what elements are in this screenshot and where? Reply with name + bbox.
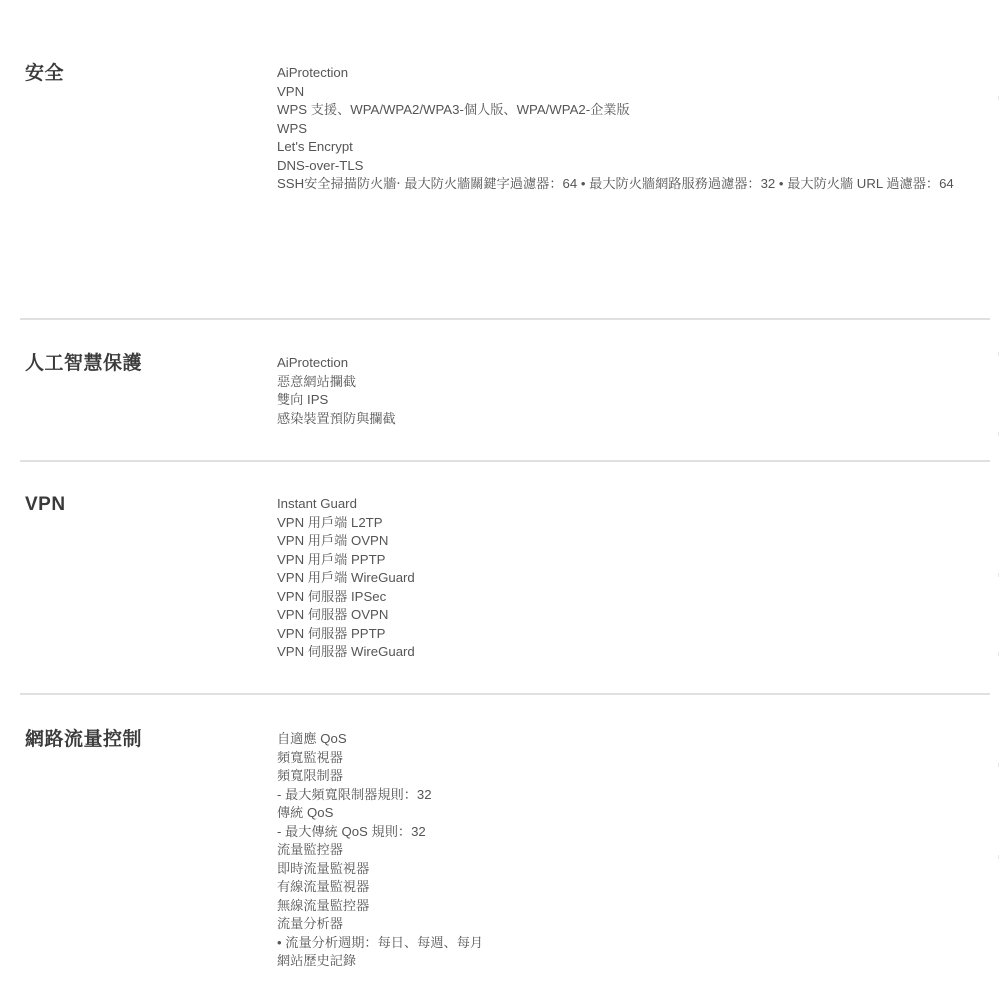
feature-item: WPS 支援、WPA/WPA2/WPA3-個人版、WPA/WPA2-企業版 — [277, 101, 992, 120]
feature-item: 流量監控器 — [277, 841, 992, 860]
feature-item: 自適應 QoS — [277, 730, 992, 749]
feature-item: 網站歷史記錄 — [277, 952, 992, 971]
section-title: 網路流量控制 — [25, 728, 142, 752]
feature-item: 傳統 QoS — [277, 804, 992, 823]
feature-item: 流量分析器 — [277, 915, 992, 934]
edge-mark — [998, 352, 999, 356]
feature-list: AiProtection 惡意網站攔截 雙向 IPS 感染裝置預防與攔截 — [277, 354, 992, 428]
feature-item: 感染裝置預防與攔截 — [277, 410, 992, 429]
feature-item: 頻寬限制器 — [277, 767, 992, 786]
feature-list: Instant Guard VPN 用戶端 L2TP VPN 用戶端 OVPN … — [277, 495, 992, 662]
feature-item: WPS — [277, 120, 992, 139]
edge-mark — [998, 96, 999, 100]
feature-item: • 流量分析週期：每日、每週、每月 — [277, 934, 992, 953]
feature-item: AiProtection — [277, 64, 992, 83]
section-title: 安全 — [25, 62, 64, 86]
feature-item: - 最大傳統 QoS 規則：32 — [277, 823, 992, 842]
section-divider — [20, 460, 990, 462]
feature-item: VPN 用戶端 OVPN — [277, 532, 992, 551]
feature-item: VPN 伺服器 PPTP — [277, 625, 992, 644]
section-title: VPN — [25, 493, 66, 517]
feature-item: 有線流量監視器 — [277, 878, 992, 897]
section-divider — [20, 693, 990, 695]
edge-mark — [998, 432, 999, 436]
feature-item: SSH安全掃描防火牆‧ 最大防火牆關鍵字過濾器：64 • 最大防火牆網路服務過濾… — [277, 175, 992, 194]
feature-item: Let's Encrypt — [277, 138, 992, 157]
feature-item: 惡意網站攔截 — [277, 373, 992, 392]
edge-mark — [998, 652, 999, 656]
feature-item: VPN 伺服器 IPSec — [277, 588, 992, 607]
edge-mark — [998, 763, 999, 767]
feature-item: 無線流量監控器 — [277, 897, 992, 916]
feature-item: VPN — [277, 83, 992, 102]
feature-item: VPN 用戶端 L2TP — [277, 514, 992, 533]
feature-item: 頻寬監視器 — [277, 749, 992, 768]
feature-item: VPN 伺服器 WireGuard — [277, 643, 992, 662]
feature-item: AiProtection — [277, 354, 992, 373]
feature-item: 即時流量監視器 — [277, 860, 992, 879]
feature-item: Instant Guard — [277, 495, 992, 514]
feature-list: 自適應 QoS 頻寬監視器 頻寬限制器 - 最大頻寬限制器規則：32 傳統 Qo… — [277, 730, 992, 971]
feature-item: VPN 用戶端 WireGuard — [277, 569, 992, 588]
feature-item: DNS-over-TLS — [277, 157, 992, 176]
edge-mark — [998, 855, 999, 859]
feature-item: VPN 伺服器 OVPN — [277, 606, 992, 625]
feature-list: AiProtection VPN WPS 支援、WPA/WPA2/WPA3-個人… — [277, 64, 992, 194]
section-title: 人工智慧保護 — [25, 352, 142, 376]
feature-item: - 最大頻寬限制器規則：32 — [277, 786, 992, 805]
section-divider — [20, 318, 990, 320]
feature-item: VPN 用戶端 PPTP — [277, 551, 992, 570]
feature-item: 雙向 IPS — [277, 391, 992, 410]
edge-mark — [998, 573, 999, 577]
